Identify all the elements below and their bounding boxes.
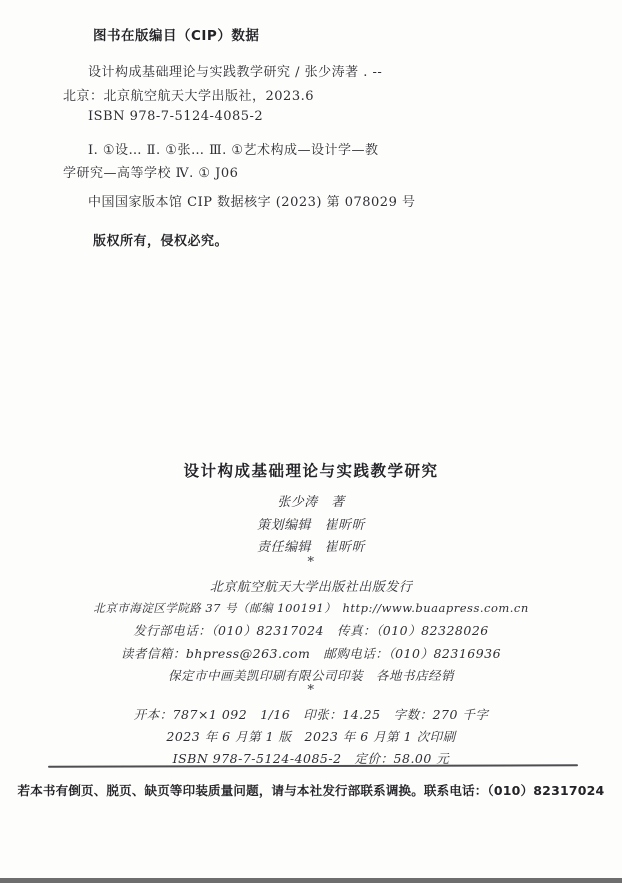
edition-line: 2023 年 6 月第 1 版 2023 年 6 月第 1 次印刷 xyxy=(0,727,622,745)
cip-classification-line1: Ⅰ. ①设… Ⅱ. ①张… Ⅲ. ①艺术构成—设计学—教 xyxy=(88,139,379,158)
cip-record-number: 中国国家版本馆 CIP 数据核字 (2023) 第 078029 号 xyxy=(88,191,415,210)
executive-editor-line: 责任编辑 崔昕昕 xyxy=(0,536,622,555)
printer-line: 保定市中画美凯印刷有限公司印装 各地书店经销 xyxy=(0,666,622,684)
author-line: 张少涛 著 xyxy=(0,491,622,510)
cip-header: 图书在版编目（CIP）数据 xyxy=(93,24,259,44)
publisher-phones-line: 发行部电话：（010）82317024 传真：（010）82328026 xyxy=(0,621,622,639)
copyright-page: 图书在版编目（CIP）数据 设计构成基础理论与实践教学研究 / 张少涛著 . -… xyxy=(0,0,622,883)
separator-star-2: * xyxy=(0,683,622,698)
planning-editor-line: 策划编辑 崔昕昕 xyxy=(0,514,622,533)
separator-star-1: * xyxy=(0,555,622,570)
cip-classification-line2: 学研究—高等学校 Ⅳ. ① J06 xyxy=(63,162,238,181)
publisher-line: 北京航空航天大学出版社出版发行 xyxy=(0,576,622,595)
quality-note: 若本书有倒页、脱页、缺页等印装质量问题，请与本社发行部联系调换。联系电话：（01… xyxy=(0,781,622,799)
cip-isbn: ISBN 978-7-5124-4085-2 xyxy=(88,109,263,124)
scan-edge-strip xyxy=(0,878,622,883)
publisher-address-line: 北京市海淀区学院路 37 号（邮编 100191） http://www.bua… xyxy=(0,600,622,616)
footer-divider xyxy=(48,764,578,767)
format-line: 开本：787×1 092 1/16 印张：14.25 字数：270 千字 xyxy=(0,705,622,723)
copyright-notice: 版权所有，侵权必究。 xyxy=(93,230,228,249)
book-title: 设计构成基础理论与实践教学研究 xyxy=(0,459,622,481)
cip-entry-line1: 设计构成基础理论与实践教学研究 / 张少涛著 . -- xyxy=(88,61,382,80)
cip-entry-line2: 北京：北京航空航天大学出版社，2023.6 xyxy=(63,85,314,104)
publisher-mailbox-line: 读者信箱：bhpress@263.com 邮购电话：（010）82316936 xyxy=(0,644,622,662)
